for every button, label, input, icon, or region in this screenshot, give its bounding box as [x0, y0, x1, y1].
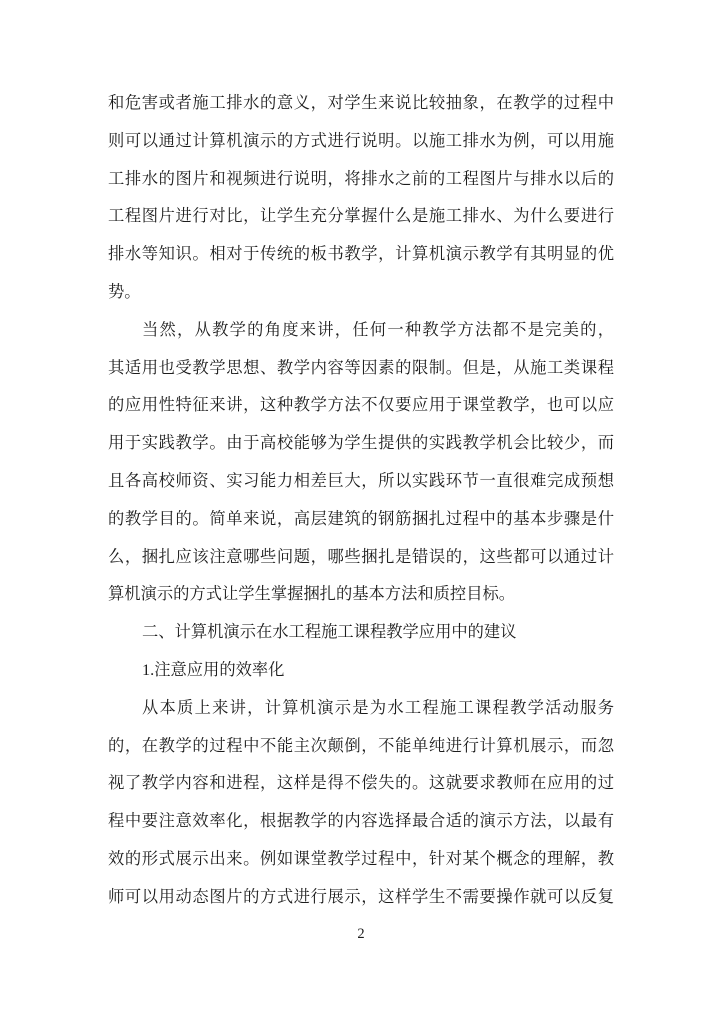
text-line: 则可以通过计算机演示的方式进行说明。以施工排水为例，可以用施 — [108, 122, 614, 160]
text-line: 势。 — [108, 273, 614, 311]
text-line: 其适用也受教学思想、教学内容等因素的限制。但是，从施工类课程 — [108, 349, 614, 387]
text-line: 的应用性特征来讲，这种教学方法不仅要应用于课堂教学，也可以应 — [108, 386, 614, 424]
text-line: 算机演示的方式让学生掌握捆扎的基本方法和质控目标。 — [108, 575, 614, 613]
text-line: 和危害或者施工排水的意义，对学生来说比较抽象，在教学的过程中 — [108, 84, 614, 122]
text-line: 工程图片进行对比，让学生充分掌握什么是施工排水、为什么要进行 — [108, 197, 614, 235]
paragraph-first-line: 当然，从教学的角度来讲，任何一种教学方法都不是完美的， — [108, 311, 614, 349]
page-number: 2 — [108, 924, 614, 944]
text-line: 用于实践教学。由于高校能够为学生提供的实践教学机会比较少，而 — [108, 424, 614, 462]
text-line: 且各高校师资、实习能力相差巨大，所以实践环节一直很难完成预想 — [108, 462, 614, 500]
section-heading: 二、计算机演示在水工程施工课程教学应用中的建议 — [108, 613, 614, 651]
text-column: 和危害或者施工排水的意义，对学生来说比较抽象，在教学的过程中 则可以通过计算机演… — [108, 84, 614, 916]
text-line: 工排水的图片和视频进行说明，将排水之前的工程图片与排水以后的 — [108, 160, 614, 198]
text-line: 的教学目的。简单来说，高层建筑的钢筋捆扎过程中的基本步骤是什 — [108, 500, 614, 538]
text-line: 效的形式展示出来。例如课堂教学过程中，针对某个概念的理解，教 — [108, 840, 614, 878]
text-line: 视了教学内容和进程，这样是得不偿失的。这就要求教师在应用的过 — [108, 764, 614, 802]
subsection-heading: 1.注意应用的效率化 — [108, 651, 614, 689]
text-line: 么，捆扎应该注意哪些问题，哪些捆扎是错误的，这些都可以通过计 — [108, 538, 614, 576]
paragraph-first-line: 从本质上来讲，计算机演示是为水工程施工课程教学活动服务 — [108, 689, 614, 727]
text-line: 排水等知识。相对于传统的板书教学，计算机演示教学有其明显的优 — [108, 235, 614, 273]
text-line: 程中要注意效率化，根据教学的内容选择最合适的演示方法，以最有 — [108, 802, 614, 840]
text-line: 师可以用动态图片的方式进行展示，这样学生不需要操作就可以反复 — [108, 878, 614, 916]
text-line: 的，在教学的过程中不能主次颠倒，不能单纯进行计算机展示，而忽 — [108, 727, 614, 765]
document-page: 和危害或者施工排水的意义，对学生来说比较抽象，在教学的过程中 则可以通过计算机演… — [0, 0, 721, 1020]
